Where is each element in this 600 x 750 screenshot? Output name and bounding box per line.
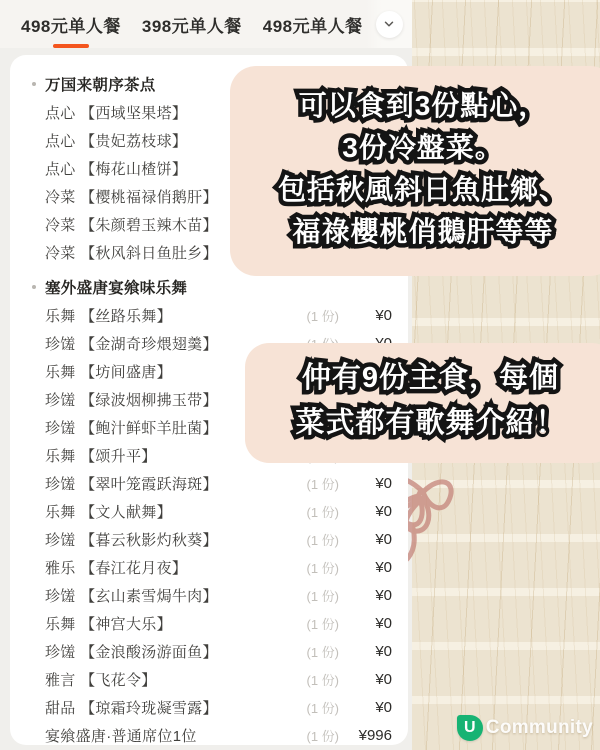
tab-label: 498元单人餐 xyxy=(263,17,363,36)
section-title: 塞外盛唐宴飨味乐舞 xyxy=(45,276,187,298)
tab-package-1[interactable]: 398元单人餐 xyxy=(142,6,242,43)
menu-item-row[interactable]: 雅言 【飞花令】(1 份)¥0 xyxy=(45,665,392,693)
item-price: ¥0 xyxy=(354,615,392,632)
item-quantity: (1 份) xyxy=(306,614,339,633)
menu-item-row[interactable]: 珍馐 【金浪酸汤游面鱼】(1 份)¥0 xyxy=(45,637,392,665)
watermark-label: Community xyxy=(486,717,593,739)
item-price: ¥0 xyxy=(354,587,392,604)
item-quantity: (1 份) xyxy=(306,530,339,549)
item-price: ¥0 xyxy=(354,671,392,688)
item-price: ¥0 xyxy=(354,503,392,520)
menu-item-row[interactable]: 珍馐 【暮云秋影灼秋葵】(1 份)¥0 xyxy=(45,525,392,553)
annotation-text-line: 3份冷盤菜。 xyxy=(230,127,600,169)
item-price: ¥0 xyxy=(354,475,392,492)
item-quantity: (1 份) xyxy=(306,502,339,521)
section-bullet-icon xyxy=(32,82,36,86)
item-quantity: (1 份) xyxy=(306,642,339,661)
item-quantity: (1 份) xyxy=(306,474,339,493)
item-label: 乐舞 【神宫大乐】 xyxy=(45,613,306,634)
item-price: ¥0 xyxy=(354,531,392,548)
menu-item-row[interactable]: 甜品 【琼霜玲珑凝雪露】(1 份)¥0 xyxy=(45,693,392,721)
item-quantity: (1 份) xyxy=(306,306,339,325)
chevron-down-icon xyxy=(382,17,396,31)
tab-package-2[interactable]: 498元单人餐 xyxy=(263,6,363,43)
item-label: 雅言 【飞花令】 xyxy=(45,669,306,690)
community-watermark: U Community xyxy=(457,715,593,741)
u-lifestyle-logo-icon: U xyxy=(457,715,483,741)
item-price: ¥0 xyxy=(354,559,392,576)
item-label: 珍馐 【金浪酸汤游面鱼】 xyxy=(45,641,306,662)
item-quantity: (1 份) xyxy=(306,586,339,605)
tab-expand-panel xyxy=(366,0,412,48)
annotation-text-line: 可以食到3份點心， xyxy=(230,85,600,127)
item-label: 珍馐 【玄山素雪焗牛肉】 xyxy=(45,585,306,606)
item-label: 宴飨盛唐·普通席位1位 xyxy=(45,725,306,746)
tab-package-0[interactable]: 498元单人餐 xyxy=(21,6,121,43)
tabs-container: 498元单人餐398元单人餐498元单人餐 xyxy=(0,6,363,43)
item-quantity: (1 份) xyxy=(306,698,339,717)
annotation-text-line: 菜式都有歌舞介紹！ xyxy=(245,401,600,446)
item-price: ¥0 xyxy=(354,643,392,660)
item-quantity: (1 份) xyxy=(306,670,339,689)
menu-item-row[interactable]: 雅乐 【春江花月夜】(1 份)¥0 xyxy=(45,553,392,581)
menu-item-row[interactable]: 珍馐 【翠叶笼霞跃海斑】(1 份)¥0 xyxy=(45,469,392,497)
menu-item-row[interactable]: 珍馐 【玄山素雪焗牛肉】(1 份)¥0 xyxy=(45,581,392,609)
menu-item-row[interactable]: 乐舞 【文人献舞】(1 份)¥0 xyxy=(45,497,392,525)
item-price: ¥0 xyxy=(354,307,392,324)
item-label: 乐舞 【丝路乐舞】 xyxy=(45,305,306,326)
menu-item-row[interactable]: 宴飨盛唐·普通席位1位(1 份)¥996 xyxy=(45,721,392,745)
active-tab-underline xyxy=(53,44,89,48)
tab-label: 398元单人餐 xyxy=(142,17,242,36)
section-header: 塞外盛唐宴飨味乐舞 xyxy=(26,273,392,301)
item-label: 珍馐 【暮云秋影灼秋葵】 xyxy=(45,529,306,550)
menu-item-row[interactable]: 乐舞 【神宫大乐】(1 份)¥0 xyxy=(45,609,392,637)
annotation-callout-top: 可以食到3份點心，3份冷盤菜。包括秋風斜日魚肚鄉、福祿櫻桃俏鵝肝等等 xyxy=(230,66,600,276)
tab-label: 498元单人餐 xyxy=(21,17,121,36)
package-tab-bar: 498元单人餐398元单人餐498元单人餐 xyxy=(0,0,412,48)
item-label: 乐舞 【文人献舞】 xyxy=(45,501,306,522)
annotation-callout-middle: 仲有9份主食，每個菜式都有歌舞介紹！ xyxy=(245,343,600,463)
item-price: ¥996 xyxy=(354,727,392,744)
item-label: 雅乐 【春江花月夜】 xyxy=(45,557,306,578)
section-bullet-icon xyxy=(32,285,36,289)
menu-item-row[interactable]: 乐舞 【丝路乐舞】(1 份)¥0 xyxy=(45,301,392,329)
item-label: 甜品 【琼霜玲珑凝雪露】 xyxy=(45,697,306,718)
annotation-text-line: 仲有9份主食，每個 xyxy=(245,356,600,401)
section-title: 万国来朝序茶点 xyxy=(45,73,156,95)
expand-tabs-button[interactable] xyxy=(376,11,403,38)
annotation-text-line: 包括秋風斜日魚肚鄉、 xyxy=(230,169,600,211)
item-quantity: (1 份) xyxy=(306,726,339,745)
item-label: 珍馐 【翠叶笼霞跃海斑】 xyxy=(45,473,306,494)
item-price: ¥0 xyxy=(354,699,392,716)
annotation-text-line: 福祿櫻桃俏鵝肝等等 xyxy=(230,211,600,253)
item-quantity: (1 份) xyxy=(306,558,339,577)
